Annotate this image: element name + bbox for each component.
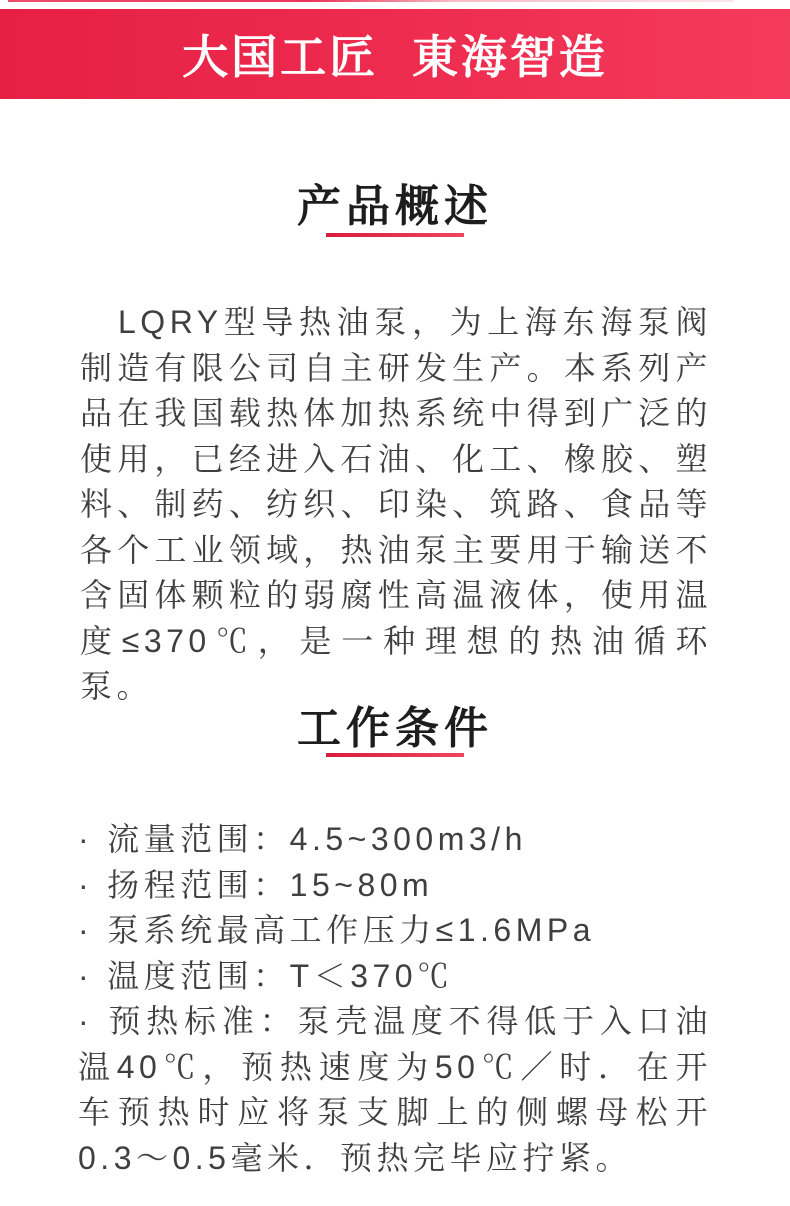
bullet-dot-icon: · <box>78 958 93 994</box>
bullet-dot-icon: · <box>78 912 93 948</box>
list-item: ·预热标准：泵壳温度不得低于入口油温40℃，预热速度为50℃／时．在开车预热时应… <box>78 999 712 1181</box>
banner-title: 大国工匠 東海智造 <box>182 21 608 87</box>
header-banner: 大国工匠 東海智造 <box>0 9 790 99</box>
list-item: ·泵系统最高工作压力≤1.6MPa <box>78 908 712 954</box>
list-item: ·扬程范围：15~80m <box>78 863 712 909</box>
overview-paragraph: LQRY型导热油泵，为上海东海泵阀制造有限公司自主研发生产。本系列产品在我国载热… <box>80 300 712 710</box>
list-item-text: 预热标准：泵壳温度不得低于入口油温40℃，预热速度为50℃／时．在开车预热时应将… <box>78 1003 712 1176</box>
bullet-dot-icon: · <box>78 821 93 857</box>
overview-title-underline <box>326 233 464 237</box>
bullet-dot-icon: · <box>78 1003 93 1039</box>
bullet-dot-icon: · <box>78 867 93 903</box>
conditions-section-title: 工作条件 <box>0 692 790 756</box>
top-edge-line <box>8 0 733 2</box>
list-item-text: 温度范围：T＜370℃ <box>107 958 453 994</box>
list-item-text: 扬程范围：15~80m <box>107 867 433 903</box>
conditions-list: ·流量范围：4.5~300m3/h ·扬程范围：15~80m ·泵系统最高工作压… <box>78 817 712 1181</box>
list-item-text: 流量范围：4.5~300m3/h <box>107 821 527 857</box>
list-item: ·流量范围：4.5~300m3/h <box>78 817 712 863</box>
conditions-title-underline <box>326 753 464 757</box>
list-item: ·温度范围：T＜370℃ <box>78 954 712 1000</box>
overview-section-title: 产品概述 <box>0 170 790 234</box>
list-item-text: 泵系统最高工作压力≤1.6MPa <box>107 912 595 948</box>
